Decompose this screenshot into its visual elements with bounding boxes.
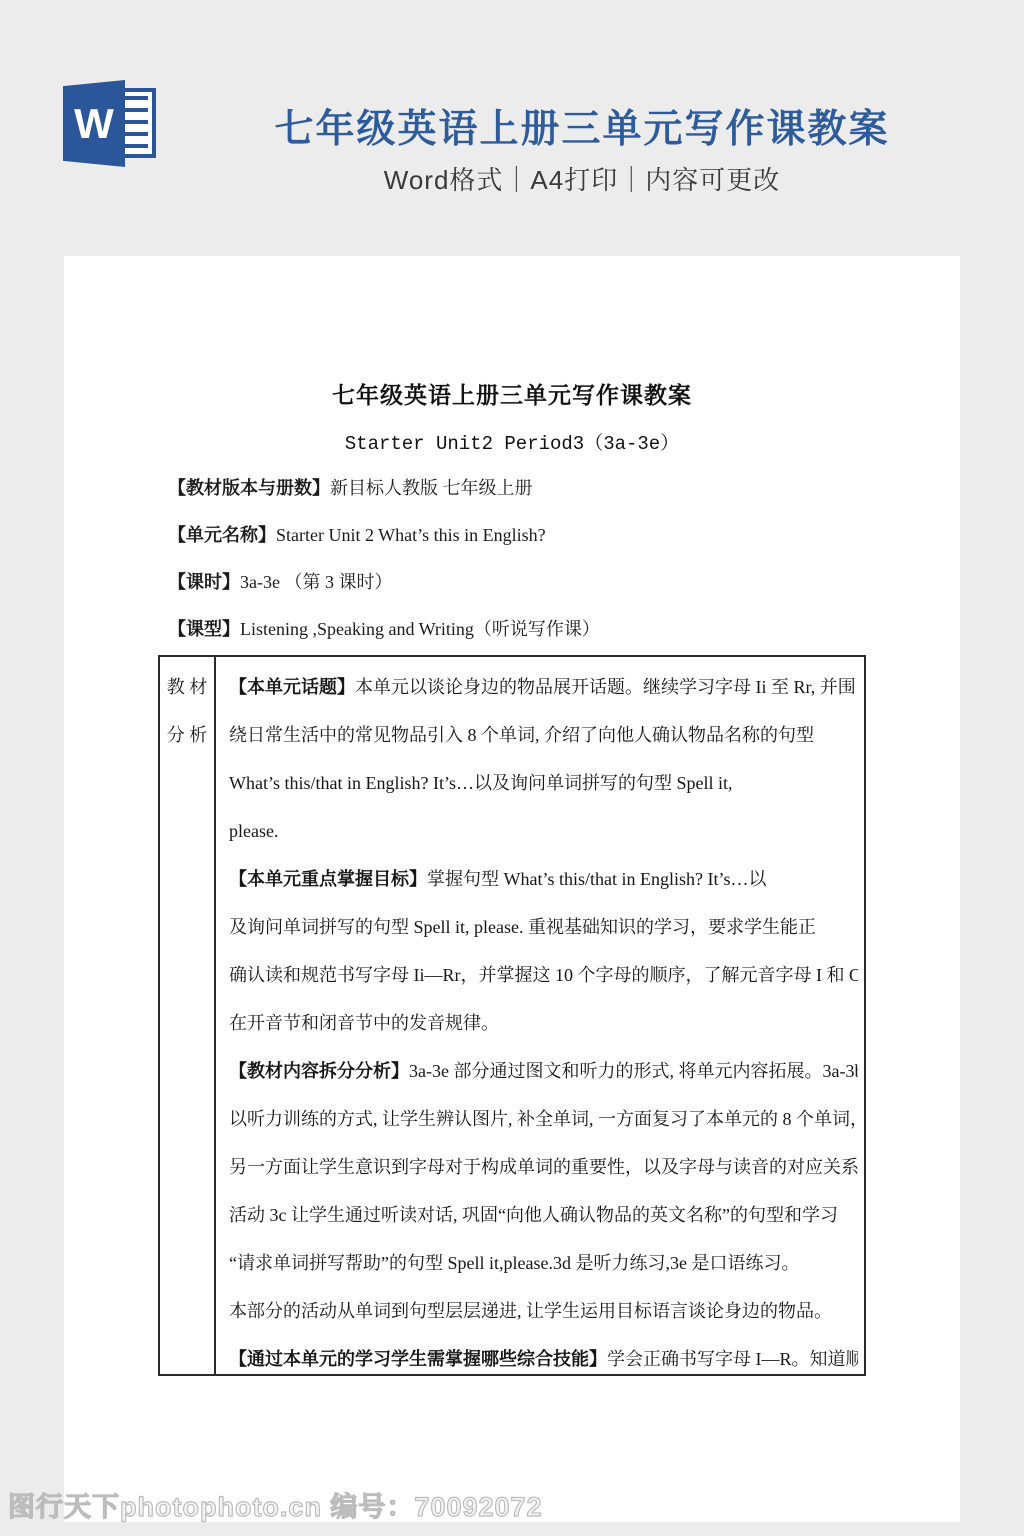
meta-value: 3a-3e （第 3 课时） [240,572,392,592]
doc-title: 七年级英语上册三单元写作课教案 [64,377,960,410]
analysis-line: 在开音节和闭音节中的发音规律。 [229,999,858,1047]
analysis-line: please. [229,807,858,855]
analysis-line: 本部分的活动从单词到句型层层递进, 让学生运用目标语言谈论身边的物品。 [229,1287,858,1335]
analysis-line-text: What’s this/that in English? It’s…以及询问单词… [229,773,732,793]
analysis-line: What’s this/that in English? It’s…以及询问单词… [229,759,858,807]
analysis-line-heading: 【本单元话题】 [229,677,355,697]
meta-label: 【教材版本与册数】 [168,478,330,498]
analysis-line: 另一方面让学生意识到字母对于构成单词的重要性，以及字母与读音的对应关系。 [229,1143,858,1191]
meta-line-lesson-type: 【课型】Listening ,Speaking and Writing（听说写作… [168,606,900,653]
analysis-line-text: 学会正确书写字母 I—R。知道顺 [607,1349,858,1369]
analysis-line-text: “请求单词拼写帮助”的句型 Spell it,please.3d 是听力练习,3… [229,1253,799,1273]
word-w-cover-icon: W [63,80,125,167]
word-icon-letter: W [74,103,114,145]
analysis-line-text: 绕日常生活中的常见物品引入 8 个单词, 介绍了向他人确认物品名称的句型 [229,725,814,745]
watermark: 图行天下photophoto.cn 编号：70092072 [8,1485,543,1524]
meta-line-textbook-edition: 【教材版本与册数】新目标人教版 七年级上册 [168,465,900,512]
page-background: W 七年级英语上册三单元写作课教案 Word格式｜A4打印｜内容可更改 七年级英… [0,0,1024,1536]
analysis-line-text: 掌握句型 What’s this/that in English? It’s…以 [427,869,766,889]
document-page: 七年级英语上册三单元写作课教案 Starter Unit2 Period3（3a… [64,256,960,1522]
analysis-line: 及询问单词拼写的句型 Spell it, please. 重视基础知识的学习，要… [229,903,858,951]
analysis-line: 【本单元重点掌握目标】掌握句型 What’s this/that in Engl… [229,855,858,903]
row-header-line: 分 析 [160,711,214,759]
analysis-line: 【通过本单元的学习学生需掌握哪些综合技能】学会正确书写字母 I—R。知道顺 [229,1335,858,1374]
header-subtitle: Word格式｜A4打印｜内容可更改 [150,160,1014,197]
word-icon: W [63,80,156,167]
analysis-line: “请求单词拼写帮助”的句型 Spell it,please.3d 是听力练习,3… [229,1239,858,1287]
analysis-line-text: 活动 3c 让学生通过听读对话, 巩固“向他人确认物品的英文名称”的句型和学习 [229,1205,838,1225]
doc-meta-block: 【教材版本与册数】新目标人教版 七年级上册 【单元名称】Starter Unit… [168,465,900,653]
analysis-line-heading: 【本单元重点掌握目标】 [229,869,427,889]
meta-line-lesson-period: 【课时】3a-3e （第 3 课时） [168,559,900,606]
analysis-line-text: 以听力训练的方式, 让学生辨认图片, 补全单词, 一方面复习了本单元的 8 个单… [229,1109,858,1129]
meta-label: 【单元名称】 [168,525,276,545]
doc-subtitle: Starter Unit2 Period3（3a-3e） [64,428,960,455]
analysis-line-text: 及询问单词拼写的句型 Spell it, please. 重视基础知识的学习，要… [229,917,816,937]
meta-line-unit-name: 【单元名称】Starter Unit 2 What’s this in Engl… [168,512,900,559]
analysis-line: 以听力训练的方式, 让学生辨认图片, 补全单词, 一方面复习了本单元的 8 个单… [229,1095,858,1143]
row-header-line: 教 材 [160,663,214,711]
meta-label: 【课时】 [168,572,240,592]
meta-value: 新目标人教版 七年级上册 [330,478,533,498]
table-row-header-material-analysis: 教 材 分 析 [160,657,216,1374]
analysis-line-text: please. [229,821,278,841]
meta-label: 【课型】 [168,619,240,639]
meta-value: Listening ,Speaking and Writing（听说写作课） [240,619,600,639]
table-analysis-cell: 【本单元话题】本单元以谈论身边的物品展开话题。继续学习字母 Ii 至 Rr, 并… [216,657,864,1374]
analysis-line: 【教材内容拆分分析】3a-3e 部分通过图文和听力的形式, 将单元内容拓展。3a… [229,1047,858,1095]
analysis-line: 【本单元话题】本单元以谈论身边的物品展开话题。继续学习字母 Ii 至 Rr, 并… [229,663,858,711]
analysis-line-text: 3a-3e 部分通过图文和听力的形式, 将单元内容拓展。3a-3b [409,1061,858,1081]
meta-value: Starter Unit 2 What’s this in English? [276,525,546,545]
lesson-plan-table: 教 材 分 析 【本单元话题】本单元以谈论身边的物品展开话题。继续学习字母 Ii… [158,655,866,1376]
analysis-line: 确认读和规范书写字母 Ii—Rr，并掌握这 10 个字母的顺序，了解元音字母 I… [229,951,858,999]
analysis-line-heading: 【通过本单元的学习学生需掌握哪些综合技能】 [229,1349,607,1369]
header-title: 七年级英语上册三单元写作课教案 [150,98,1014,154]
analysis-line-text: 另一方面让学生意识到字母对于构成单词的重要性，以及字母与读音的对应关系。 [229,1157,858,1177]
analysis-line: 活动 3c 让学生通过听读对话, 巩固“向他人确认物品的英文名称”的句型和学习 [229,1191,858,1239]
analysis-line: 绕日常生活中的常见物品引入 8 个单词, 介绍了向他人确认物品名称的句型 [229,711,858,759]
analysis-line-text: 在开音节和闭音节中的发音规律。 [229,1013,499,1033]
analysis-line-text: 本部分的活动从单词到句型层层递进, 让学生运用目标语言谈论身边的物品。 [229,1301,832,1321]
analysis-line-heading: 【教材内容拆分分析】 [229,1061,409,1081]
analysis-line-text: 本单元以谈论身边的物品展开话题。继续学习字母 Ii 至 Rr, 并围 [355,677,856,697]
analysis-line-text: 确认读和规范书写字母 Ii—Rr，并掌握这 10 个字母的顺序，了解元音字母 I… [229,965,858,985]
